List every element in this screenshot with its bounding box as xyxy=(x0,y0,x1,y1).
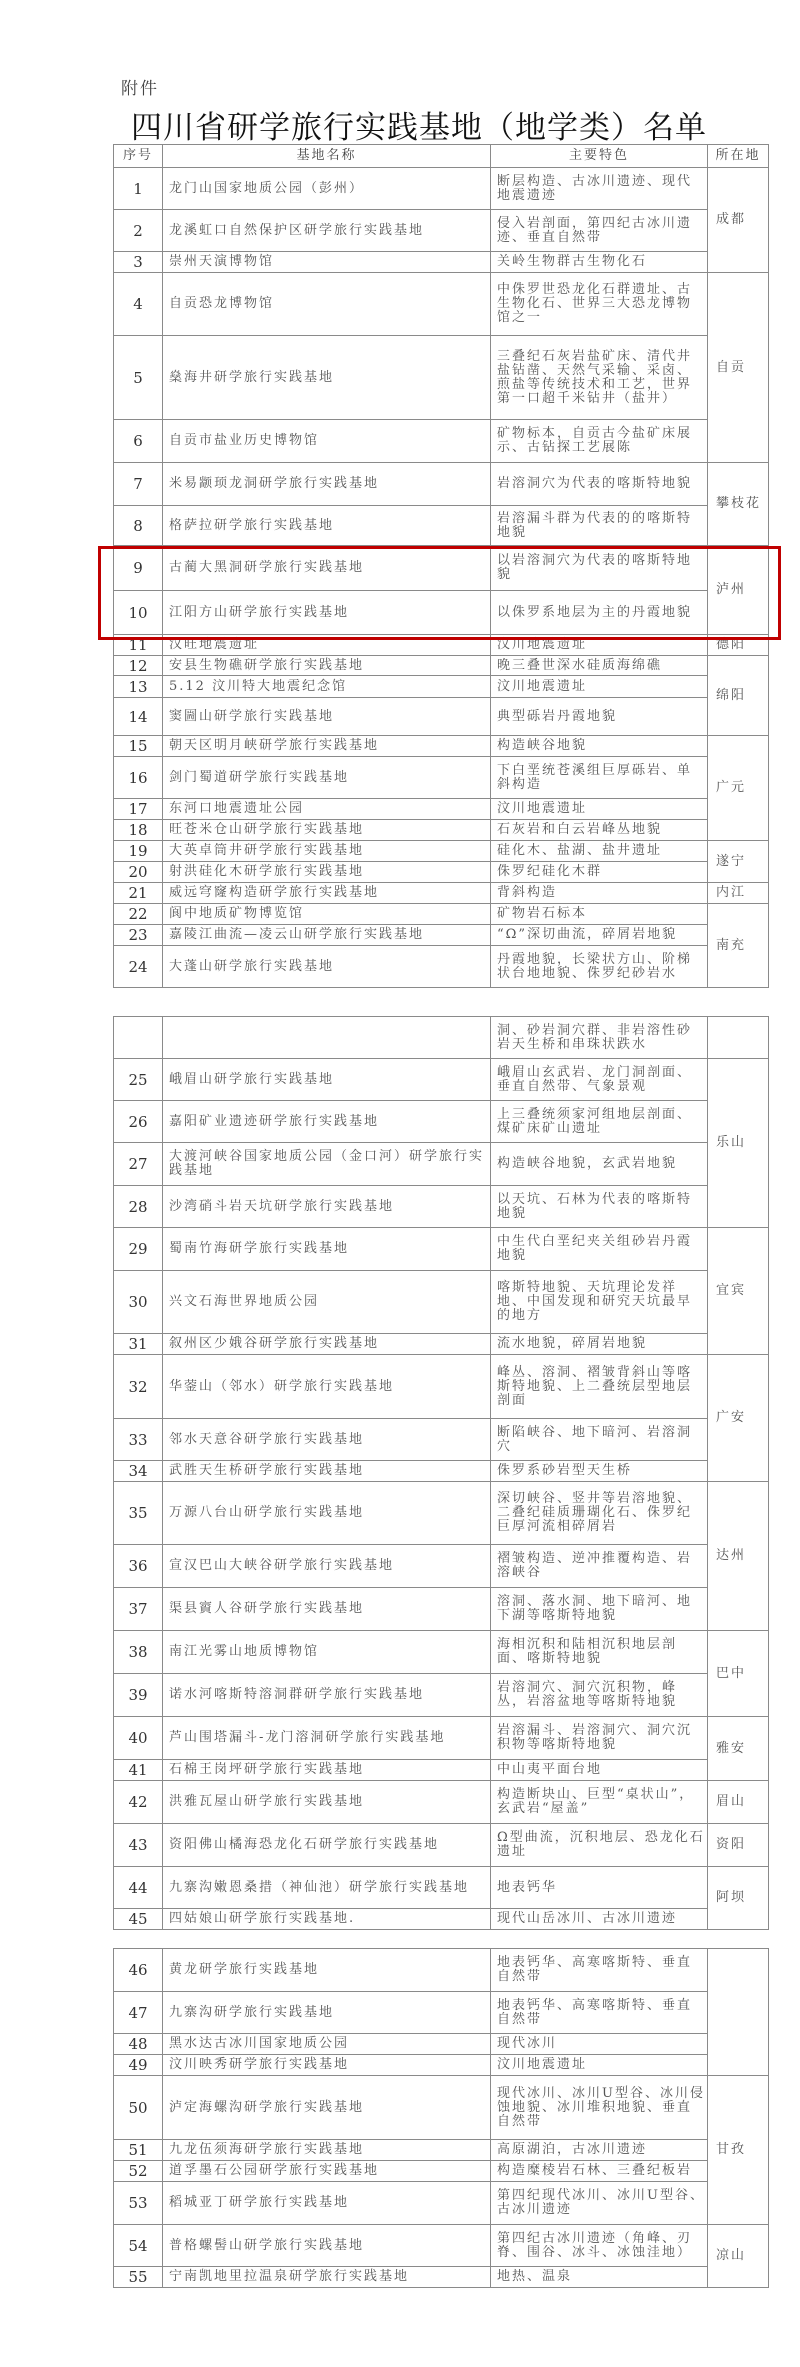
base-city: 内江 xyxy=(708,883,769,904)
row-number: 14 xyxy=(114,698,163,736)
base-feature: 丹霞地貌，长梁状方山、阶梯状台地地貌、侏罗纪砂岩水 xyxy=(491,946,708,988)
base-name: 大蓬山研学旅行实践基地 xyxy=(163,946,491,988)
row-number: 2 xyxy=(114,210,163,252)
base-name: 大渡河峡谷国家地质公园（金口河）研学旅行实践基地 xyxy=(163,1143,491,1186)
base-feature: 断层构造、古冰川遗迹、现代地震遗迹 xyxy=(491,168,708,210)
row-number: 43 xyxy=(114,1824,163,1867)
base-city: 成都 xyxy=(708,168,769,273)
base-name: 射洪硅化木研学旅行实践基地 xyxy=(163,862,491,883)
page-title: 四川省研学旅行实践基地（地学类）名单 xyxy=(131,102,707,147)
row-number: 22 xyxy=(114,904,163,925)
base-feature: 高原湖泊，古冰川遗迹 xyxy=(491,2140,708,2161)
base-feature: 构造断块山、巨型“桌状山”，玄武岩“屋盖” xyxy=(491,1781,708,1824)
base-city: 资阳 xyxy=(708,1824,769,1867)
header-city: 所在地 xyxy=(708,145,769,168)
base-name: 黑水达古冰川国家地质公园 xyxy=(163,2034,491,2055)
header-feature: 主要特色 xyxy=(491,145,708,168)
base-name: 朝天区明月峡研学旅行实践基地 xyxy=(163,736,491,757)
table-row: 48黑水达古冰川国家地质公园现代冰川 xyxy=(114,2034,769,2055)
base-name xyxy=(163,1017,491,1059)
base-name: 泸定海螺沟研学旅行实践基地 xyxy=(163,2076,491,2140)
row-number: 24 xyxy=(114,946,163,988)
base-city: 绵阳 xyxy=(708,656,769,736)
base-feature: 中山夷平面台地 xyxy=(491,1760,708,1781)
table-row: 1龙门山国家地质公园（彭州）断层构造、古冰川遗迹、现代地震遗迹成都 xyxy=(114,168,769,210)
table-row: 31叙州区少娥谷研学旅行实践基地流水地貌，碎屑岩地貌 xyxy=(114,1334,769,1355)
row-number: 50 xyxy=(114,2076,163,2140)
row-number: 19 xyxy=(114,841,163,862)
base-name: 嘉阳矿业遗迹研学旅行实践基地 xyxy=(163,1101,491,1143)
base-name: 剑门蜀道研学旅行实践基地 xyxy=(163,757,491,799)
base-name: 诺水河喀斯特溶洞群研学旅行实践基地 xyxy=(163,1674,491,1717)
table-row: 21威远穹窿构造研学旅行实践基地背斜构造内江 xyxy=(114,883,769,904)
base-name: 大英卓筒井研学旅行实践基地 xyxy=(163,841,491,862)
base-feature: 关岭生物群古生物化石 xyxy=(491,252,708,273)
row-number: 38 xyxy=(114,1631,163,1674)
table-row: 19大英卓筒井研学旅行实践基地硅化木、盐湖、盐井遗址遂宁 xyxy=(114,841,769,862)
base-feature: 现代冰川、冰川U型谷、冰川侵蚀地貌、冰川堆积地貌、垂直自然带 xyxy=(491,2076,708,2140)
base-name: 武胜天生桥研学旅行实践基地 xyxy=(163,1461,491,1482)
table-row: 50泸定海螺沟研学旅行实践基地现代冰川、冰川U型谷、冰川侵蚀地貌、冰川堆积地貌、… xyxy=(114,2076,769,2140)
base-name: 嘉陵江曲流—凌云山研学旅行实践基地 xyxy=(163,925,491,946)
base-feature: 现代山岳冰川、古冰川遗迹 xyxy=(491,1909,708,1930)
row-number: 1 xyxy=(114,168,163,210)
base-feature: 石灰岩和白云岩峰丛地貌 xyxy=(491,820,708,841)
base-name: 安县生物礁研学旅行实践基地 xyxy=(163,656,491,676)
header-name: 基地名称 xyxy=(163,145,491,168)
base-feature: 断陷峡谷、地下暗河、岩溶洞穴 xyxy=(491,1419,708,1461)
table-row: 40芦山围塔漏斗-龙门溶洞研学旅行实践基地岩溶漏斗、岩溶洞穴、洞穴沉积物等喀斯特… xyxy=(114,1717,769,1760)
base-feature: 第四纪古冰川遗迹（角峰、刃脊、围谷、冰斗、冰蚀洼地） xyxy=(491,2225,708,2267)
base-feature: 地表钙华、高寒喀斯特、垂直自然带 xyxy=(491,1992,708,2034)
table-row: 54普格螺髻山研学旅行实践基地第四纪古冰川遗迹（角峰、刃脊、围谷、冰斗、冰蚀洼地… xyxy=(114,2225,769,2267)
base-name: 蜀南竹海研学旅行实践基地 xyxy=(163,1228,491,1271)
base-feature: 矿物标本，自贡古今盐矿床展示、古钻探工艺展陈 xyxy=(491,420,708,463)
base-list-table-3: 46黄龙研学旅行实践基地地表钙华、高寒喀斯特、垂直自然带47九寨沟研学旅行实践基… xyxy=(113,1948,769,2288)
table-row: 34武胜天生桥研学旅行实践基地侏罗系砂岩型天生桥 xyxy=(114,1461,769,1482)
row-number: 12 xyxy=(114,656,163,676)
base-city: 乐山 xyxy=(708,1059,769,1228)
table-row: 44九寨沟嫩恩桑措（神仙池）研学旅行实践基地地表钙华阿坝 xyxy=(114,1867,769,1909)
base-feature: 下白垩统苍溪组巨厚砾岩、单斜构造 xyxy=(491,757,708,799)
row-number: 10 xyxy=(114,591,163,635)
table-row: 17东河口地震遗址公园汶川地震遗址 xyxy=(114,799,769,820)
base-name: 宣汉巴山大峡谷研学旅行实践基地 xyxy=(163,1545,491,1588)
row-number: 25 xyxy=(114,1059,163,1101)
base-feature: Ω型曲流，沉积地层、恐龙化石遗址 xyxy=(491,1824,708,1867)
base-feature: 背斜构造 xyxy=(491,883,708,904)
base-city: 自贡 xyxy=(708,273,769,463)
row-number: 4 xyxy=(114,273,163,336)
base-name: 华蓥山（邻水）研学旅行实践基地 xyxy=(163,1355,491,1419)
base-feature: 岩溶洞穴、洞穴沉积物，峰丛，岩溶盆地等喀斯特地貌 xyxy=(491,1674,708,1717)
table-row: 29蜀南竹海研学旅行实践基地中生代白垩纪夹关组砂岩丹霞地貌宜宾 xyxy=(114,1228,769,1271)
base-name: 石棉王岗坪研学旅行实践基地 xyxy=(163,1760,491,1781)
base-feature: 岩溶洞穴为代表的喀斯特地貌 xyxy=(491,463,708,506)
row-number: 34 xyxy=(114,1461,163,1482)
base-name: 南江光雾山地质博物馆 xyxy=(163,1631,491,1674)
row-number: 35 xyxy=(114,1482,163,1545)
table-row: 43资阳佛山橘海恐龙化石研学旅行实践基地Ω型曲流，沉积地层、恐龙化石遗址资阳 xyxy=(114,1824,769,1867)
base-feature: 汶川地震遗址 xyxy=(491,2055,708,2076)
row-number: 11 xyxy=(114,635,163,656)
row-number: 13 xyxy=(114,676,163,698)
base-feature: “Ω”深切曲流，碎屑岩地貌 xyxy=(491,925,708,946)
row-number: 44 xyxy=(114,1867,163,1909)
table-row: 18旺苍米仓山研学旅行实践基地石灰岩和白云岩峰丛地貌 xyxy=(114,820,769,841)
base-city: 攀枝花 xyxy=(708,463,769,546)
base-feature: 侏罗系砂岩型天生桥 xyxy=(491,1461,708,1482)
row-number: 33 xyxy=(114,1419,163,1461)
base-name: 九寨沟研学旅行实践基地 xyxy=(163,1992,491,2034)
row-number: 18 xyxy=(114,820,163,841)
row-number: 47 xyxy=(114,1992,163,2034)
row-number: 23 xyxy=(114,925,163,946)
base-feature: 喀斯特地貌、天坑理论发祥地、中国发现和研究天坑最早的地方 xyxy=(491,1271,708,1334)
row-number: 28 xyxy=(114,1186,163,1228)
base-feature: 峰丛、溶洞、褶皱背斜山等喀斯特地貌、上二叠统层型地层剖面 xyxy=(491,1355,708,1419)
table-row: 36宣汉巴山大峡谷研学旅行实践基地褶皱构造、逆冲推覆构造、岩溶峡谷 xyxy=(114,1545,769,1588)
table-row: 7米易颛顼龙洞研学旅行实践基地岩溶洞穴为代表的喀斯特地貌攀枝花 xyxy=(114,463,769,506)
row-number: 15 xyxy=(114,736,163,757)
table-row: 洞、砂岩洞穴群、非岩溶性砂岩天生桥和串珠状跌水 xyxy=(114,1017,769,1059)
base-feature: 侵入岩剖面，第四纪古冰川遗迹、垂直自然带 xyxy=(491,210,708,252)
base-name: 威远穹窿构造研学旅行实践基地 xyxy=(163,883,491,904)
base-feature: 第四纪现代冰川、冰川U型谷、古冰川遗迹 xyxy=(491,2182,708,2225)
base-city: 达州 xyxy=(708,1482,769,1631)
base-city: 阿坝 xyxy=(708,1867,769,1930)
table-row: 26嘉阳矿业遗迹研学旅行实践基地上三叠统须家河组地层剖面、煤矿床矿山遗址 xyxy=(114,1101,769,1143)
base-feature: 构造峡谷地貌，玄武岩地貌 xyxy=(491,1143,708,1186)
table-row: 52道孚墨石公园研学旅行实践基地构造糜棱岩石林、三叠纪板岩 xyxy=(114,2161,769,2182)
table-row: 32华蓥山（邻水）研学旅行实践基地峰丛、溶洞、褶皱背斜山等喀斯特地貌、上二叠统层… xyxy=(114,1355,769,1419)
base-name: 阆中地质矿物博览馆 xyxy=(163,904,491,925)
row-number: 32 xyxy=(114,1355,163,1419)
table-row: 38南江光雾山地质博物馆海相沉积和陆相沉积地层剖面、喀斯特地貌巴中 xyxy=(114,1631,769,1674)
row-number: 41 xyxy=(114,1760,163,1781)
base-feature: 侏罗纪硅化木群 xyxy=(491,862,708,883)
table-row: 4自贡恐龙博物馆中侏罗世恐龙化石群遗址、古生物化石、世界三大恐龙博物馆之一自贡 xyxy=(114,273,769,336)
base-feature: 以岩溶洞穴为代表的喀斯特地貌 xyxy=(491,546,708,591)
row-number: 21 xyxy=(114,883,163,904)
base-city xyxy=(708,1017,769,1059)
table-header-row: 序号 基地名称 主要特色 所在地 xyxy=(114,145,769,168)
table-row: 15朝天区明月峡研学旅行实践基地构造峡谷地貌广元 xyxy=(114,736,769,757)
base-feature: 中侏罗世恐龙化石群遗址、古生物化石、世界三大恐龙博物馆之一 xyxy=(491,273,708,336)
table-row: 24大蓬山研学旅行实践基地丹霞地貌，长梁状方山、阶梯状台地地貌、侏罗纪砂岩水 xyxy=(114,946,769,988)
row-number: 17 xyxy=(114,799,163,820)
base-feature: 构造峡谷地貌 xyxy=(491,736,708,757)
row-number: 46 xyxy=(114,1949,163,1992)
table-row: 39诺水河喀斯特溶洞群研学旅行实践基地岩溶洞穴、洞穴沉积物，峰丛，岩溶盆地等喀斯… xyxy=(114,1674,769,1717)
row-number: 29 xyxy=(114,1228,163,1271)
row-number xyxy=(114,1017,163,1059)
base-city: 甘孜 xyxy=(708,2076,769,2225)
base-city: 泸州 xyxy=(708,546,769,635)
base-feature: 洞、砂岩洞穴群、非岩溶性砂岩天生桥和串珠状跌水 xyxy=(491,1017,708,1059)
base-name: 崇州天演博物馆 xyxy=(163,252,491,273)
base-feature: 岩溶漏斗群为代表的的喀斯特地貌 xyxy=(491,506,708,546)
base-name: 龙门山国家地质公园（彭州） xyxy=(163,168,491,210)
row-number: 37 xyxy=(114,1588,163,1631)
base-feature: 海相沉积和陆相沉积地层剖面、喀斯特地貌 xyxy=(491,1631,708,1674)
row-number: 3 xyxy=(114,252,163,273)
base-city: 巴中 xyxy=(708,1631,769,1717)
base-name: 窦圌山研学旅行实践基地 xyxy=(163,698,491,736)
base-name: 黄龙研学旅行实践基地 xyxy=(163,1949,491,1992)
table-row: 30兴文石海世界地质公园喀斯特地貌、天坑理论发祥地、中国发现和研究天坑最早的地方 xyxy=(114,1271,769,1334)
base-feature: 典型砾岩丹霞地貌 xyxy=(491,698,708,736)
base-city: 遂宁 xyxy=(708,841,769,883)
row-number: 42 xyxy=(114,1781,163,1824)
table-row: 33邻水天意谷研学旅行实践基地断陷峡谷、地下暗河、岩溶洞穴 xyxy=(114,1419,769,1461)
base-feature: 峨眉山玄武岩、龙门洞剖面、垂直自然带、气象景观 xyxy=(491,1059,708,1101)
base-name: 米易颛顼龙洞研学旅行实践基地 xyxy=(163,463,491,506)
base-name: 普格螺髻山研学旅行实践基地 xyxy=(163,2225,491,2267)
base-name: 峨眉山研学旅行实践基地 xyxy=(163,1059,491,1101)
row-number: 31 xyxy=(114,1334,163,1355)
table-row: 10江阳方山研学旅行实践基地以侏罗系地层为主的丹霞地貌 xyxy=(114,591,769,635)
base-feature: 汶川地震遗址 xyxy=(491,799,708,820)
table-row: 53稻城亚丁研学旅行实践基地第四纪现代冰川、冰川U型谷、古冰川遗迹 xyxy=(114,2182,769,2225)
base-city: 广安 xyxy=(708,1355,769,1482)
table-row: 49汶川映秀研学旅行实践基地汶川地震遗址 xyxy=(114,2055,769,2076)
table-row: 16剑门蜀道研学旅行实践基地下白垩统苍溪组巨厚砾岩、单斜构造 xyxy=(114,757,769,799)
table-row: 20射洪硅化木研学旅行实践基地侏罗纪硅化木群 xyxy=(114,862,769,883)
row-number: 27 xyxy=(114,1143,163,1186)
base-name: 叙州区少娥谷研学旅行实践基地 xyxy=(163,1334,491,1355)
base-name: 龙溪虹口自然保护区研学旅行实践基地 xyxy=(163,210,491,252)
row-number: 9 xyxy=(114,546,163,591)
table-row: 11汉旺地震遗址汶川地震遗址德阳 xyxy=(114,635,769,656)
base-name: 汉旺地震遗址 xyxy=(163,635,491,656)
base-name: 稻城亚丁研学旅行实践基地 xyxy=(163,2182,491,2225)
row-number: 20 xyxy=(114,862,163,883)
base-city: 凉山 xyxy=(708,2225,769,2288)
table-row: 6自贡市盐业历史博物馆矿物标本，自贡古今盐矿床展示、古钻探工艺展陈 xyxy=(114,420,769,463)
row-number: 16 xyxy=(114,757,163,799)
row-number: 30 xyxy=(114,1271,163,1334)
table-row: 8格萨拉研学旅行实践基地岩溶漏斗群为代表的的喀斯特地貌 xyxy=(114,506,769,546)
base-feature: 现代冰川 xyxy=(491,2034,708,2055)
base-name: 古蔺大黑洞研学旅行实践基地 xyxy=(163,546,491,591)
base-name: 5.12 汶川特大地震纪念馆 xyxy=(163,676,491,698)
base-feature: 汶川地震遗址 xyxy=(491,635,708,656)
row-number: 51 xyxy=(114,2140,163,2161)
base-name: 格萨拉研学旅行实践基地 xyxy=(163,506,491,546)
row-number: 36 xyxy=(114,1545,163,1588)
row-number: 52 xyxy=(114,2161,163,2182)
base-name: 宁南凯地里拉温泉研学旅行实践基地 xyxy=(163,2267,491,2288)
base-feature: 以侏罗系地层为主的丹霞地貌 xyxy=(491,591,708,635)
base-city: 宜宾 xyxy=(708,1228,769,1355)
row-number: 45 xyxy=(114,1909,163,1930)
base-feature: 岩溶漏斗、岩溶洞穴、洞穴沉积物等喀斯特地貌 xyxy=(491,1717,708,1760)
base-feature: 汶川地震遗址 xyxy=(491,676,708,698)
base-feature: 地表钙华、高寒喀斯特、垂直自然带 xyxy=(491,1949,708,1992)
base-name: 自贡恐龙博物馆 xyxy=(163,273,491,336)
table-row: 28沙湾硝斗岩天坑研学旅行实践基地以天坑、石林为代表的喀斯特地貌 xyxy=(114,1186,769,1228)
base-name: 九寨沟嫩恩桑措（神仙池）研学旅行实践基地 xyxy=(163,1867,491,1909)
row-number: 40 xyxy=(114,1717,163,1760)
row-number: 49 xyxy=(114,2055,163,2076)
base-feature: 地表钙华 xyxy=(491,1867,708,1909)
table-row: 12安县生物礁研学旅行实践基地晚三叠世深水硅质海绵礁绵阳 xyxy=(114,656,769,676)
header-no: 序号 xyxy=(114,145,163,168)
base-city: 广元 xyxy=(708,736,769,841)
base-name: 汶川映秀研学旅行实践基地 xyxy=(163,2055,491,2076)
base-feature: 硅化木、盐湖、盐井遗址 xyxy=(491,841,708,862)
table-row: 22阆中地质矿物博览馆矿物岩石标本南充 xyxy=(114,904,769,925)
base-feature: 地热、温泉 xyxy=(491,2267,708,2288)
base-name: 万源八台山研学旅行实践基地 xyxy=(163,1482,491,1545)
base-name: 燊海井研学旅行实践基地 xyxy=(163,336,491,420)
base-name: 洪雅瓦屋山研学旅行实践基地 xyxy=(163,1781,491,1824)
row-number: 55 xyxy=(114,2267,163,2288)
base-name: 兴文石海世界地质公园 xyxy=(163,1271,491,1334)
table-row: 37渠县賨人谷研学旅行实践基地溶洞、落水洞、地下暗河、地下湖等喀斯特地貌 xyxy=(114,1588,769,1631)
table-row: 9古蔺大黑洞研学旅行实践基地以岩溶洞穴为代表的喀斯特地貌泸州 xyxy=(114,546,769,591)
base-feature: 上三叠统须家河组地层剖面、煤矿床矿山遗址 xyxy=(491,1101,708,1143)
base-feature: 三叠纪石灰岩盐矿床、清代井盐钻凿、天然气采输、采卤、煎盐等传统技术和工艺，世界第… xyxy=(491,336,708,420)
base-feature: 流水地貌，碎屑岩地貌 xyxy=(491,1334,708,1355)
table-row: 45四姑娘山研学旅行实践基地.现代山岳冰川、古冰川遗迹 xyxy=(114,1909,769,1930)
base-city xyxy=(708,1949,769,2076)
table-row: 27大渡河峡谷国家地质公园（金口河）研学旅行实践基地构造峡谷地貌，玄武岩地貌 xyxy=(114,1143,769,1186)
row-number: 48 xyxy=(114,2034,163,2055)
base-name: 渠县賨人谷研学旅行实践基地 xyxy=(163,1588,491,1631)
base-city: 眉山 xyxy=(708,1781,769,1824)
table-row: 135.12 汶川特大地震纪念馆汶川地震遗址 xyxy=(114,676,769,698)
base-name: 东河口地震遗址公园 xyxy=(163,799,491,820)
attachment-label: 附件 xyxy=(121,74,159,99)
base-list-table-2: 洞、砂岩洞穴群、非岩溶性砂岩天生桥和串珠状跌水25峨眉山研学旅行实践基地峨眉山玄… xyxy=(113,1016,769,1930)
row-number: 54 xyxy=(114,2225,163,2267)
table-row: 23嘉陵江曲流—凌云山研学旅行实践基地“Ω”深切曲流，碎屑岩地貌 xyxy=(114,925,769,946)
base-name: 沙湾硝斗岩天坑研学旅行实践基地 xyxy=(163,1186,491,1228)
base-name: 芦山围塔漏斗-龙门溶洞研学旅行实践基地 xyxy=(163,1717,491,1760)
base-name: 九龙伍须海研学旅行实践基地 xyxy=(163,2140,491,2161)
row-number: 39 xyxy=(114,1674,163,1717)
base-name: 自贡市盐业历史博物馆 xyxy=(163,420,491,463)
base-name: 旺苍米仓山研学旅行实践基地 xyxy=(163,820,491,841)
table-row: 2龙溪虹口自然保护区研学旅行实践基地侵入岩剖面，第四纪古冰川遗迹、垂直自然带 xyxy=(114,210,769,252)
row-number: 26 xyxy=(114,1101,163,1143)
table-row: 46黄龙研学旅行实践基地地表钙华、高寒喀斯特、垂直自然带 xyxy=(114,1949,769,1992)
base-feature: 矿物岩石标本 xyxy=(491,904,708,925)
base-city: 南充 xyxy=(708,904,769,988)
base-feature: 溶洞、落水洞、地下暗河、地下湖等喀斯特地貌 xyxy=(491,1588,708,1631)
table-row: 25峨眉山研学旅行实践基地峨眉山玄武岩、龙门洞剖面、垂直自然带、气象景观乐山 xyxy=(114,1059,769,1101)
table-row: 42洪雅瓦屋山研学旅行实践基地构造断块山、巨型“桌状山”，玄武岩“屋盖”眉山 xyxy=(114,1781,769,1824)
base-name: 资阳佛山橘海恐龙化石研学旅行实践基地 xyxy=(163,1824,491,1867)
base-feature: 深切峡谷、竖井等岩溶地貌、二叠纪硅质珊瑚化石、侏罗纪巨厚河流相碎屑岩 xyxy=(491,1482,708,1545)
table-row: 3崇州天演博物馆关岭生物群古生物化石 xyxy=(114,252,769,273)
base-city: 德阳 xyxy=(708,635,769,656)
base-city: 雅安 xyxy=(708,1717,769,1781)
table-row: 35万源八台山研学旅行实践基地深切峡谷、竖井等岩溶地貌、二叠纪硅质珊瑚化石、侏罗… xyxy=(114,1482,769,1545)
base-feature: 褶皱构造、逆冲推覆构造、岩溶峡谷 xyxy=(491,1545,708,1588)
table-row: 14窦圌山研学旅行实践基地典型砾岩丹霞地貌 xyxy=(114,698,769,736)
base-name: 邻水天意谷研学旅行实践基地 xyxy=(163,1419,491,1461)
base-name: 四姑娘山研学旅行实践基地. xyxy=(163,1909,491,1930)
table-row: 41石棉王岗坪研学旅行实践基地中山夷平面台地 xyxy=(114,1760,769,1781)
base-feature: 中生代白垩纪夹关组砂岩丹霞地貌 xyxy=(491,1228,708,1271)
row-number: 5 xyxy=(114,336,163,420)
base-feature: 以天坑、石林为代表的喀斯特地貌 xyxy=(491,1186,708,1228)
row-number: 8 xyxy=(114,506,163,546)
table-row: 5燊海井研学旅行实践基地三叠纪石灰岩盐矿床、清代井盐钻凿、天然气采输、采卤、煎盐… xyxy=(114,336,769,420)
row-number: 7 xyxy=(114,463,163,506)
base-feature: 构造糜棱岩石林、三叠纪板岩 xyxy=(491,2161,708,2182)
base-feature: 晚三叠世深水硅质海绵礁 xyxy=(491,656,708,676)
base-list-table-1: 序号 基地名称 主要特色 所在地 1龙门山国家地质公园（彭州）断层构造、古冰川遗… xyxy=(113,144,769,988)
row-number: 53 xyxy=(114,2182,163,2225)
table-row: 51九龙伍须海研学旅行实践基地高原湖泊，古冰川遗迹 xyxy=(114,2140,769,2161)
row-number: 6 xyxy=(114,420,163,463)
table-row: 55宁南凯地里拉温泉研学旅行实践基地地热、温泉 xyxy=(114,2267,769,2288)
base-name: 江阳方山研学旅行实践基地 xyxy=(163,591,491,635)
table-row: 47九寨沟研学旅行实践基地地表钙华、高寒喀斯特、垂直自然带 xyxy=(114,1992,769,2034)
base-name: 道孚墨石公园研学旅行实践基地 xyxy=(163,2161,491,2182)
